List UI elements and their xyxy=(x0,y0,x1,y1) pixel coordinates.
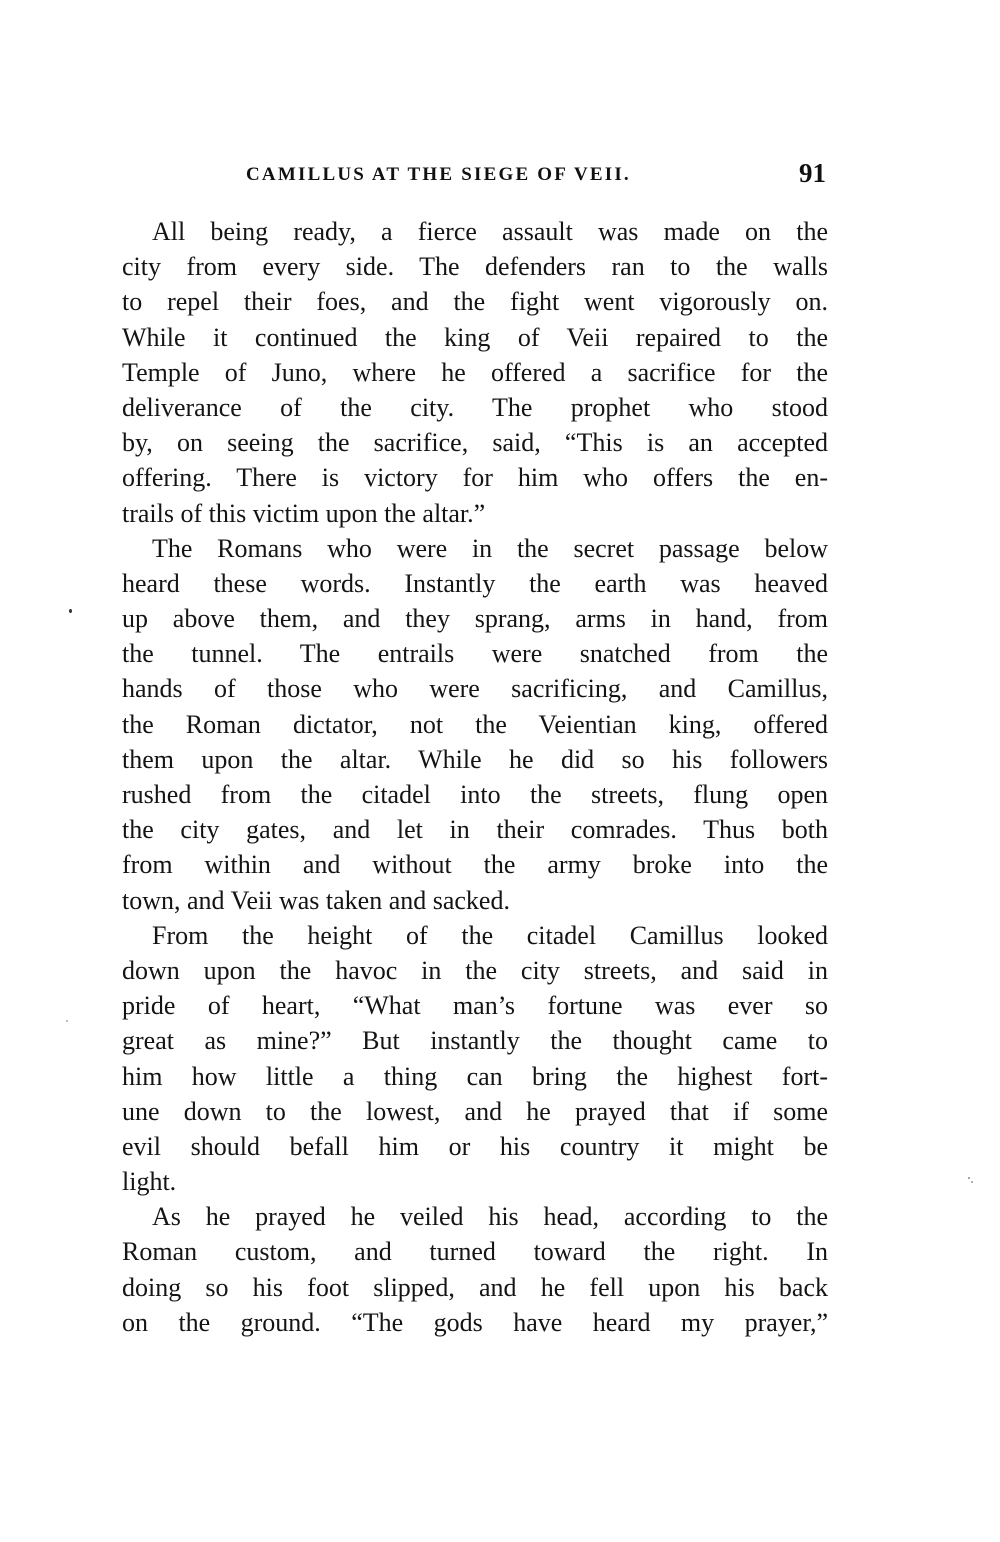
text-line: from within and without the army broke i… xyxy=(122,847,828,882)
text-line: great as mine?” But instantly the though… xyxy=(122,1023,828,1058)
text-line: to repel their foes, and the fight went … xyxy=(122,284,828,319)
page-number: 91 xyxy=(799,158,826,189)
running-head: CAMILLUS AT THE SIEGE OF VEII. 91 xyxy=(246,158,826,198)
text-line: city from every side. The defenders ran … xyxy=(122,249,828,284)
text-line: The Romans who were in the secret passag… xyxy=(122,531,828,566)
text-line: by, on seeing the sacrifice, said, “This… xyxy=(122,425,828,460)
text-line: trails of this victim upon the altar.” xyxy=(122,496,828,531)
text-line: heard these words. Instantly the earth w… xyxy=(122,566,828,601)
text-line: offering. There is victory for him who o… xyxy=(122,460,828,495)
text-line: the city gates, and let in their comrade… xyxy=(122,812,828,847)
text-line: une down to the lowest, and he prayed th… xyxy=(122,1094,828,1129)
text-line: town, and Veii was taken and sacked. xyxy=(122,883,828,918)
text-line: the Roman dictator, not the Veientian ki… xyxy=(122,707,828,742)
book-page: CAMILLUS AT THE SIEGE OF VEII. 91 All be… xyxy=(0,0,1000,1542)
text-line: doing so his foot slipped, and he fell u… xyxy=(122,1270,828,1305)
running-title: CAMILLUS AT THE SIEGE OF VEII. xyxy=(246,164,631,186)
paragraph-4: As he prayed he veiled his head, accordi… xyxy=(122,1199,828,1340)
scan-speck xyxy=(66,1020,68,1022)
text-line: As he prayed he veiled his head, accordi… xyxy=(122,1199,828,1234)
paragraph-2: The Romans who were in the secret passag… xyxy=(122,531,828,918)
text-line: While it continued the king of Veii repa… xyxy=(122,320,828,355)
text-line: evil should befall him or his country it… xyxy=(122,1129,828,1164)
text-line: them upon the altar. While he did so his… xyxy=(122,742,828,777)
paragraph-3: From the height of the citadel Camillus … xyxy=(122,918,828,1200)
text-line: on the ground. “The gods have heard my p… xyxy=(122,1305,828,1340)
text-line: hands of those who were sacrificing, and… xyxy=(122,671,828,706)
text-line: From the height of the citadel Camillus … xyxy=(122,918,828,953)
text-line: deliverance of the city. The prophet who… xyxy=(122,390,828,425)
text-line: pride of heart, “What man’s fortune was … xyxy=(122,988,828,1023)
text-line: Roman custom, and turned toward the righ… xyxy=(122,1234,828,1269)
text-line: up above them, and they sprang, arms in … xyxy=(122,601,828,636)
text-line: Temple of Juno, where he offered a sacri… xyxy=(122,355,828,390)
text-line: rushed from the citadel into the streets… xyxy=(122,777,828,812)
scan-speck xyxy=(968,1177,970,1179)
paragraph-1: All being ready, a fierce assault was ma… xyxy=(122,214,828,531)
text-line: All being ready, a fierce assault was ma… xyxy=(122,214,828,249)
text-line: light. xyxy=(122,1164,828,1199)
scan-speck xyxy=(69,609,72,613)
text-line: the tunnel. The entrails were snatched f… xyxy=(122,636,828,671)
scan-speck xyxy=(971,1181,973,1183)
text-line: down upon the havoc in the city streets,… xyxy=(122,953,828,988)
body-text: All being ready, a fierce assault was ma… xyxy=(122,214,828,1340)
text-line: him how little a thing can bring the hig… xyxy=(122,1059,828,1094)
